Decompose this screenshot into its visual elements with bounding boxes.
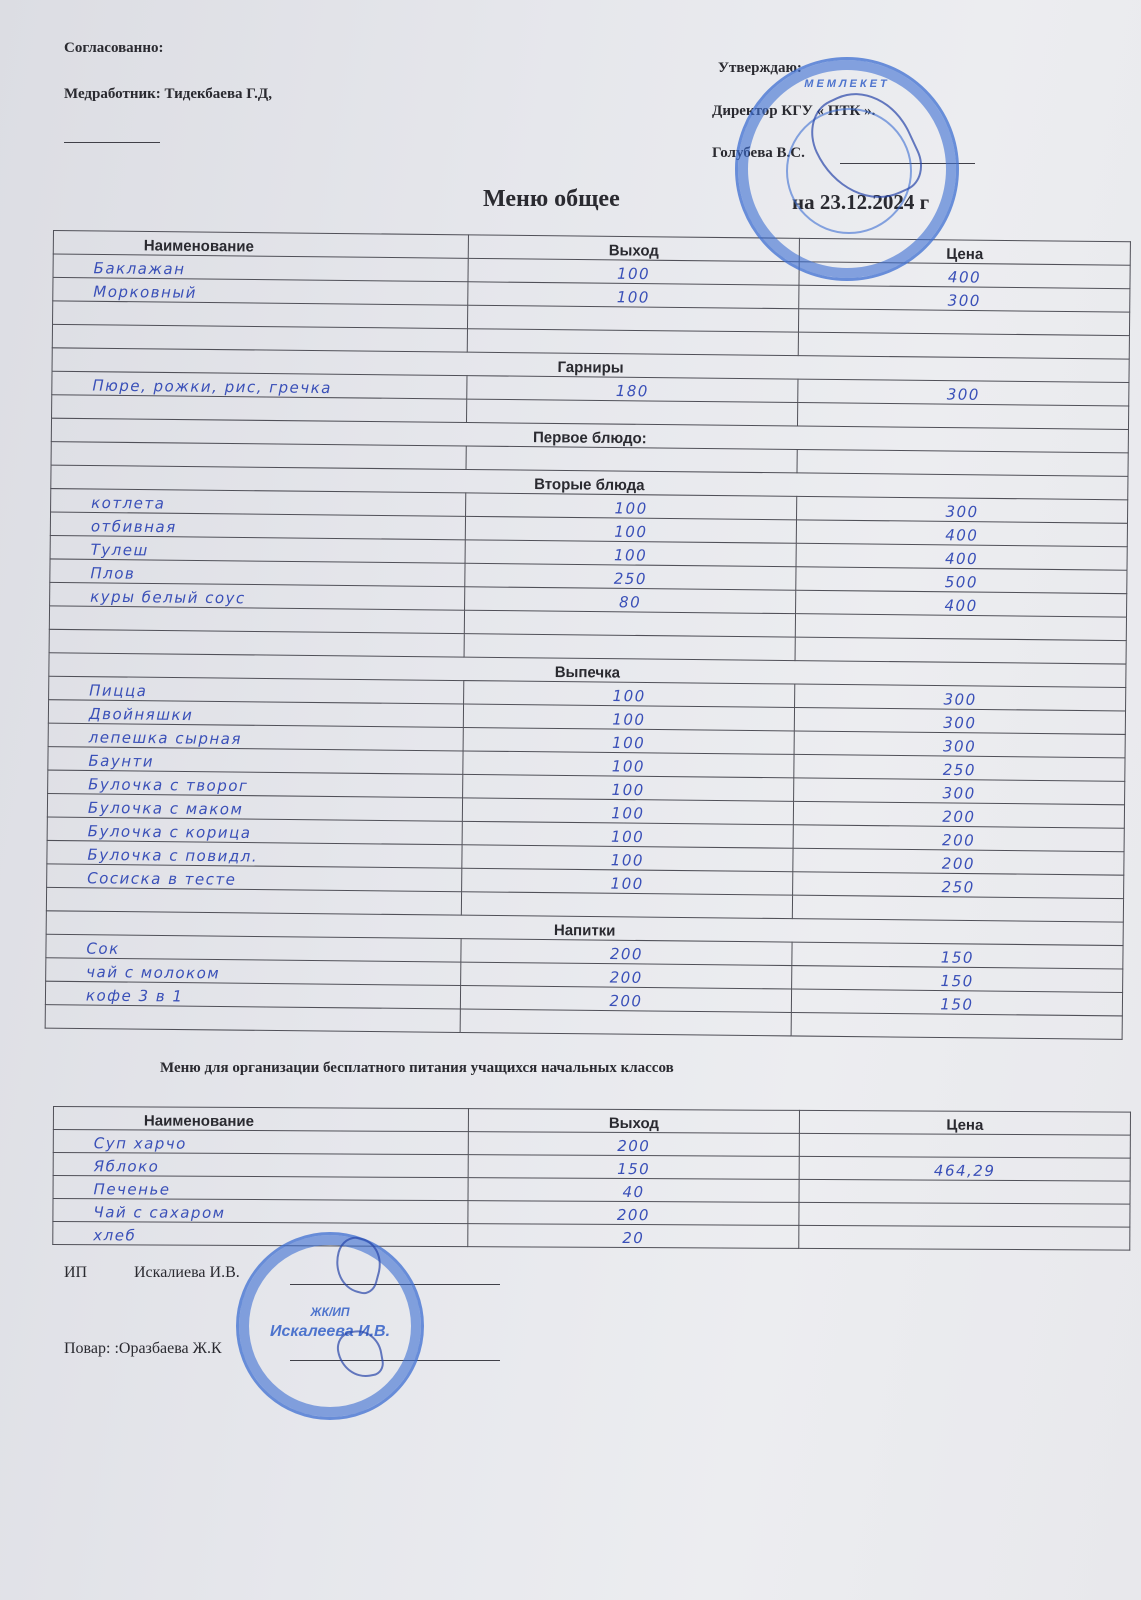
item-price xyxy=(799,1202,1130,1227)
item-price xyxy=(798,309,1129,336)
item-price: 200 xyxy=(793,825,1124,852)
item-output: 100 xyxy=(463,774,794,801)
item-price: 300 xyxy=(797,496,1128,523)
agreed-label: Согласованно: xyxy=(64,40,163,57)
item-output xyxy=(467,305,798,332)
ip-label: ИП xyxy=(64,1264,87,1282)
item-output: 100 xyxy=(462,868,793,895)
item-output: 250 xyxy=(465,563,796,590)
cook-label: Повар: :Оразбаева Ж.К xyxy=(64,1340,222,1358)
item-price: 150 xyxy=(792,966,1123,993)
item-price: 400 xyxy=(796,543,1127,570)
item-price: 300 xyxy=(794,731,1125,758)
item-output: 200 xyxy=(461,939,792,966)
item-output xyxy=(460,1009,791,1036)
item-price: 400 xyxy=(796,590,1127,617)
ip-name: Искалиева И.В. xyxy=(134,1264,240,1282)
item-price: 250 xyxy=(793,872,1124,899)
free-menu-table: НаименованиеВыходЦенаСуп харчо200Яблоко1… xyxy=(52,1106,1131,1251)
item-output: 100 xyxy=(466,493,797,520)
column-header: Выход xyxy=(468,235,799,262)
item-output: 20 xyxy=(468,1224,799,1249)
item-price xyxy=(797,403,1128,430)
item-output xyxy=(464,634,795,661)
item-output: 200 xyxy=(468,1201,799,1226)
item-output: 80 xyxy=(465,587,796,614)
item-name: Суп харчо xyxy=(53,1130,468,1155)
item-price xyxy=(795,637,1126,664)
item-price: 300 xyxy=(794,708,1125,735)
item-price xyxy=(799,1179,1130,1204)
item-output: 150 xyxy=(468,1155,799,1180)
item-price: 200 xyxy=(793,801,1124,828)
item-price: 300 xyxy=(794,778,1125,805)
item-name: Яблоко xyxy=(53,1153,468,1178)
item-output xyxy=(467,399,798,426)
item-output: 100 xyxy=(468,258,799,285)
item-output: 100 xyxy=(463,727,794,754)
item-price: 400 xyxy=(796,520,1127,547)
item-output: 200 xyxy=(468,1132,799,1157)
item-price xyxy=(795,614,1126,641)
item-output: 100 xyxy=(464,681,795,708)
item-price: 200 xyxy=(793,848,1124,875)
item-output: 100 xyxy=(462,845,793,872)
item-price: 300 xyxy=(795,684,1126,711)
item-output: 100 xyxy=(462,798,793,825)
item-output: 200 xyxy=(461,962,792,989)
item-output: 100 xyxy=(465,516,796,543)
general-menu-table: НаименованиеВыходЦенаБаклажан100400Морко… xyxy=(45,230,1131,1040)
item-output: 100 xyxy=(462,821,793,848)
item-output xyxy=(461,892,792,919)
item-output: 100 xyxy=(468,282,799,309)
column-header: Цена xyxy=(799,1110,1130,1135)
item-price: 250 xyxy=(794,754,1125,781)
item-price: 464,29 xyxy=(799,1156,1130,1181)
item-name: Печенье xyxy=(53,1176,468,1201)
item-output: 100 xyxy=(463,751,794,778)
document-page: Согласованно: Медработник: Тидекбаева Г.… xyxy=(0,0,1141,1600)
item-output: 180 xyxy=(467,376,798,403)
table-row: хлеб20 xyxy=(53,1222,1130,1251)
free-menu-title: Меню для организации бесплатного питания… xyxy=(160,1060,674,1077)
item-price: 300 xyxy=(799,285,1130,312)
item-name xyxy=(45,1005,460,1033)
item-name: Чай с сахаром xyxy=(53,1199,468,1224)
item-price xyxy=(799,1225,1130,1250)
item-price: 150 xyxy=(791,989,1122,1016)
item-output: 100 xyxy=(463,704,794,731)
page-title: Меню общее xyxy=(483,186,620,213)
item-price xyxy=(798,332,1129,359)
item-price xyxy=(799,1133,1130,1158)
item-output: 200 xyxy=(460,986,791,1013)
item-price xyxy=(791,1012,1122,1039)
column-header: Выход xyxy=(468,1109,799,1134)
medworker-label: Медработник: Тидекбаева Г.Д, xyxy=(64,86,272,103)
item-output: 40 xyxy=(468,1178,799,1203)
item-price: 150 xyxy=(792,942,1123,969)
item-name: хлеб xyxy=(53,1222,468,1247)
item-price xyxy=(792,895,1123,922)
item-price: 300 xyxy=(798,379,1129,406)
item-price: 500 xyxy=(796,567,1127,594)
ip-stamp: ЖК/ИП Искалеева И.В. xyxy=(236,1232,424,1420)
medworker-signature-line xyxy=(64,142,160,143)
item-price xyxy=(797,449,1128,476)
item-output xyxy=(466,446,797,473)
column-header: Наименование xyxy=(53,1107,468,1132)
item-output xyxy=(464,610,795,637)
item-output: 100 xyxy=(465,540,796,567)
item-output xyxy=(467,329,798,356)
